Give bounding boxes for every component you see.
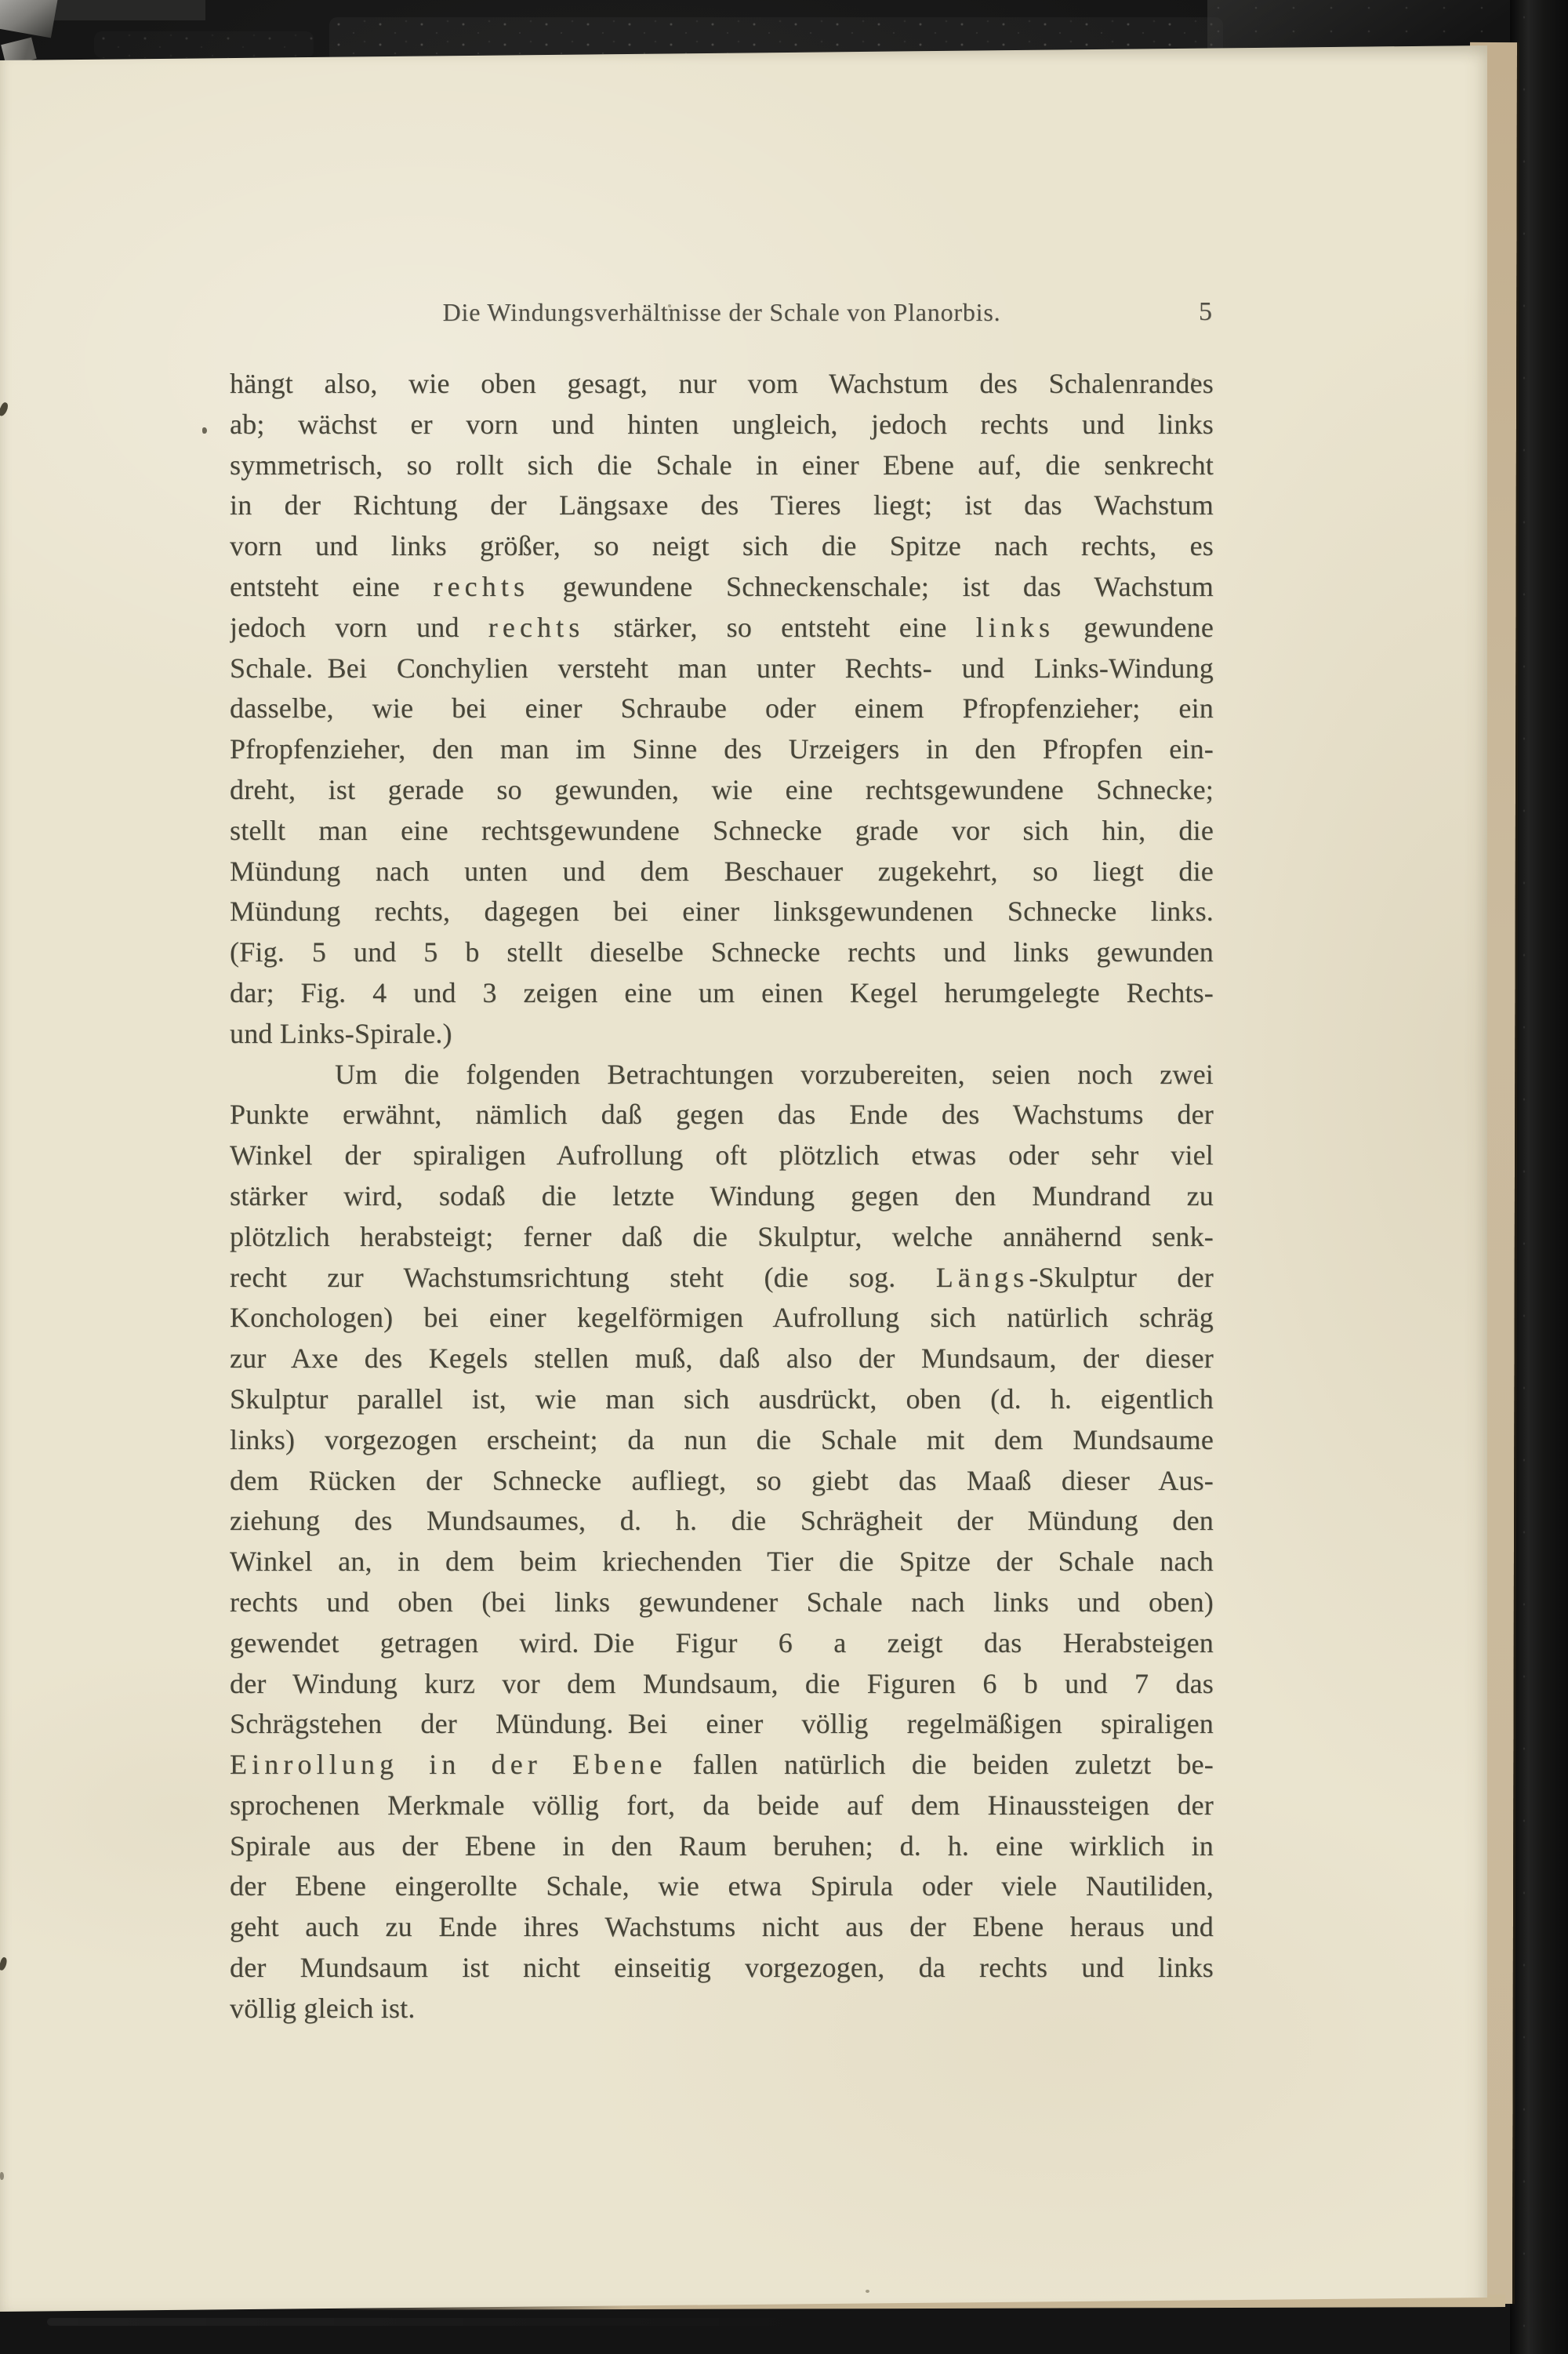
text-segment: entsteht eine	[230, 571, 433, 602]
text-segment: Punkte erwähnt, nämlich daß gegen das En…	[230, 1099, 1214, 1130]
text-segment: Skulptur parallel ist, wie man sich ausd…	[230, 1383, 1214, 1415]
text-line: (Fig. 5 und 5 b stellt dieselbe Schnecke…	[230, 932, 1214, 973]
text-line: geht auch zu Ende ihres Wachstums nicht …	[230, 1907, 1214, 1948]
metal-clasp-icon	[0, 0, 58, 38]
leather-cover-texture	[94, 31, 314, 58]
text-line: Winkel der spiraligen Aufrollung oft plö…	[230, 1135, 1214, 1176]
text-line: Punkte erwähnt, nämlich daß gegen das En…	[230, 1095, 1214, 1135]
paper-speck	[0, 401, 9, 417]
book-page: Die Windungsverhältnisse der Schale von …	[0, 45, 1487, 2313]
text-segment: hängt also, wie oben gesagt, nur vom Wac…	[230, 368, 1214, 399]
text-segment: in der Richtung der Längsaxe des Tieres …	[230, 489, 1214, 521]
text-segment: rechts und oben (bei links gewundener Sc…	[230, 1586, 1214, 1618]
text-segment: recht zur Wachstumsrichtung steht (die s…	[230, 1262, 936, 1293]
page-header-title: Die Windungsverhältnisse der Schale von …	[443, 298, 1001, 326]
text-line: ab; wächst er vorn und hinten ungleich, …	[230, 405, 1214, 445]
text-segment: -Skulptur der	[1029, 1262, 1214, 1293]
text-segment: gewendet getragen wird. Die Figur 6 a ze…	[230, 1627, 1214, 1658]
text-line: gewendet getragen wird. Die Figur 6 a ze…	[230, 1623, 1214, 1664]
text-segment: stellt man eine rechtsgewundene Schnecke…	[230, 815, 1214, 846]
text-line: Schale. Bei Conchylien versteht man unte…	[230, 648, 1214, 689]
text-line: der Ebene eingerollte Schale, wie etwa S…	[230, 1866, 1214, 1907]
ink-dot	[866, 2290, 869, 2293]
book-scan-photo: { "colors":{ "paper":"#eae4cf", "ink":"#…	[0, 0, 1568, 2354]
text-line: recht zur Wachstumsrichtung steht (die s…	[230, 1258, 1214, 1299]
text-segment: links) vorgezogen erscheint; da nun die …	[230, 1424, 1214, 1455]
text-segment: Um die folgenden Betrachtungen vorzubere…	[335, 1059, 1214, 1090]
text-segment: Winkel der spiraligen Aufrollung oft plö…	[230, 1139, 1214, 1171]
text-segment: Konchologen) bei einer kegelförmigen Auf…	[230, 1302, 1214, 1333]
text-segment: plötzlich herabsteigt; ferner daß die Sk…	[230, 1221, 1214, 1252]
text-line: zur Axe des Kegels stellen muß, daß also…	[230, 1339, 1214, 1379]
text-segment: der Ebene eingerollte Schale, wie etwa S…	[230, 1870, 1214, 1902]
text-segment: gewundene Schneckenschale; ist das Wachs…	[529, 571, 1214, 602]
text-line: ziehung des Mundsaumes, d. h. die Schräg…	[230, 1501, 1214, 1542]
text-segment: dem Rücken der Schnecke aufliegt, so gie…	[230, 1465, 1214, 1496]
text-line: in der Richtung der Längsaxe des Tieres …	[230, 485, 1214, 526]
emphasized-text: links	[976, 612, 1055, 643]
emphasized-text: rechts	[488, 612, 585, 643]
text-line: dasselbe, wie bei einer Schraube oder ei…	[230, 688, 1214, 729]
emphasized-text: Längs	[936, 1262, 1029, 1293]
text-segment: (Fig. 5 und 5 b stellt dieselbe Schnecke…	[230, 936, 1214, 968]
text-line: jedoch vorn und rechts stärker, so entst…	[230, 608, 1214, 648]
text-segment: Schale. Bei Conchylien versteht man unte…	[230, 652, 1214, 684]
text-segment: Schrägstehen der Mündung. Bei einer völl…	[230, 1708, 1214, 1739]
text-segment: Mündung rechts, dagegen bei einer linksg…	[230, 895, 1214, 927]
text-line: symmetrisch, so rollt sich die Schale in…	[230, 445, 1214, 486]
text-line: dreht, ist gerade so gewunden, wie eine …	[230, 770, 1214, 811]
text-line: völlig gleich ist.	[230, 1989, 1214, 2029]
text-line: und Links-Spirale.)	[230, 1014, 1214, 1055]
paragraph: hängt also, wie oben gesagt, nur vom Wac…	[230, 364, 1214, 1055]
cover-bottom-highlight	[47, 2318, 815, 2326]
text-segment: Winkel an, in dem beim kriechenden Tier …	[230, 1546, 1214, 1577]
text-segment: dar; Fig. 4 und 3 zeigen eine um einen K…	[230, 977, 1214, 1008]
text-line: Um die folgenden Betrachtungen vorzubere…	[230, 1055, 1214, 1095]
paper-speck	[0, 1956, 8, 1971]
ink-dot	[668, 304, 671, 307]
text-line: stärker wird, sodaß die letzte Windung g…	[230, 1176, 1214, 1217]
text-line: Skulptur parallel ist, wie man sich ausd…	[230, 1379, 1214, 1420]
text-segment: fallen natürlich die beiden zuletzt be-	[667, 1749, 1214, 1780]
text-line: der Mundsaum ist nicht einseitig vorgezo…	[230, 1948, 1214, 1989]
text-line: stellt man eine rechtsgewundene Schnecke…	[230, 811, 1214, 852]
text-line: sprochenen Merkmale völlig fort, da beid…	[230, 1785, 1214, 1826]
text-segment: jedoch vorn und	[230, 612, 488, 643]
text-line: hängt also, wie oben gesagt, nur vom Wac…	[230, 364, 1214, 405]
text-line: dem Rücken der Schnecke aufliegt, so gie…	[230, 1461, 1214, 1502]
text-line: Mündung rechts, dagegen bei einer linksg…	[230, 892, 1214, 932]
text-line: Mündung nach unten und dem Beschauer zug…	[230, 852, 1214, 892]
paragraph: Um die folgenden Betrachtungen vorzubere…	[230, 1055, 1214, 2029]
cover-edge-shadow	[41, 0, 205, 20]
page-number: 5	[1199, 295, 1212, 329]
text-segment: stärker wird, sodaß die letzte Windung g…	[230, 1180, 1214, 1212]
page-body: hängt also, wie oben gesagt, nur vom Wac…	[230, 364, 1214, 2029]
text-line: Einrollung in der Ebene fallen natürlich…	[230, 1745, 1214, 1785]
text-segment: ziehung des Mundsaumes, d. h. die Schräg…	[230, 1505, 1214, 1536]
running-header: Die Windungsverhältnisse der Schale von …	[230, 295, 1214, 329]
text-segment: Pfropfenzieher, den man im Sinne des Urz…	[230, 733, 1214, 765]
ink-speck	[202, 427, 207, 434]
text-segment: der Mundsaum ist nicht einseitig vorgezo…	[230, 1952, 1214, 1983]
text-line: dar; Fig. 4 und 3 zeigen eine um einen K…	[230, 973, 1214, 1014]
ink-dot	[1192, 378, 1196, 382]
text-segment: ab; wächst er vorn und hinten ungleich, …	[230, 409, 1214, 440]
text-line: links) vorgezogen erscheint; da nun die …	[230, 1420, 1214, 1461]
text-segment: Mündung nach unten und dem Beschauer zug…	[230, 856, 1214, 887]
text-segment: gewundene	[1054, 612, 1214, 643]
emphasized-text: rechts	[433, 571, 529, 602]
text-segment: vorn und links größer, so neigt sich die…	[230, 530, 1214, 561]
text-line: der Windung kurz vor dem Mundsaum, die F…	[230, 1664, 1214, 1705]
text-line: entsteht eine rechts gewundene Schnecken…	[230, 567, 1214, 608]
text-segment: dasselbe, wie bei einer Schraube oder ei…	[230, 692, 1214, 724]
text-segment: zur Axe des Kegels stellen muß, daß also…	[230, 1342, 1214, 1374]
text-line: Spirale aus der Ebene in den Raum beruhe…	[230, 1826, 1214, 1867]
text-line: rechts und oben (bei links gewundener Sc…	[230, 1582, 1214, 1623]
text-line: Pfropfenzieher, den man im Sinne des Urz…	[230, 729, 1214, 770]
text-segment: dreht, ist gerade so gewunden, wie eine …	[230, 774, 1214, 805]
text-segment: geht auch zu Ende ihres Wachstums nicht …	[230, 1911, 1214, 1942]
text-segment: stärker, so entsteht eine	[584, 612, 975, 643]
text-line: Schrägstehen der Mündung. Bei einer völl…	[230, 1704, 1214, 1745]
text-segment: symmetrisch, so rollt sich die Schale in…	[230, 449, 1214, 481]
text-line: Konchologen) bei einer kegelförmigen Auf…	[230, 1298, 1214, 1339]
text-line: vorn und links größer, so neigt sich die…	[230, 526, 1214, 567]
emphasized-text: Einrollung in der Ebene	[230, 1749, 667, 1780]
text-segment: sprochenen Merkmale völlig fort, da beid…	[230, 1789, 1214, 1821]
text-segment: der Windung kurz vor dem Mundsaum, die F…	[230, 1668, 1214, 1699]
text-segment: Spirale aus der Ebene in den Raum beruhe…	[230, 1830, 1214, 1862]
text-line: Winkel an, in dem beim kriechenden Tier …	[230, 1542, 1214, 1582]
text-segment: völlig gleich ist.	[230, 1993, 416, 2024]
paper-speck	[0, 2172, 4, 2180]
text-line: plötzlich herabsteigt; ferner daß die Sk…	[230, 1217, 1214, 1258]
text-segment: und Links-Spirale.)	[230, 1018, 452, 1049]
